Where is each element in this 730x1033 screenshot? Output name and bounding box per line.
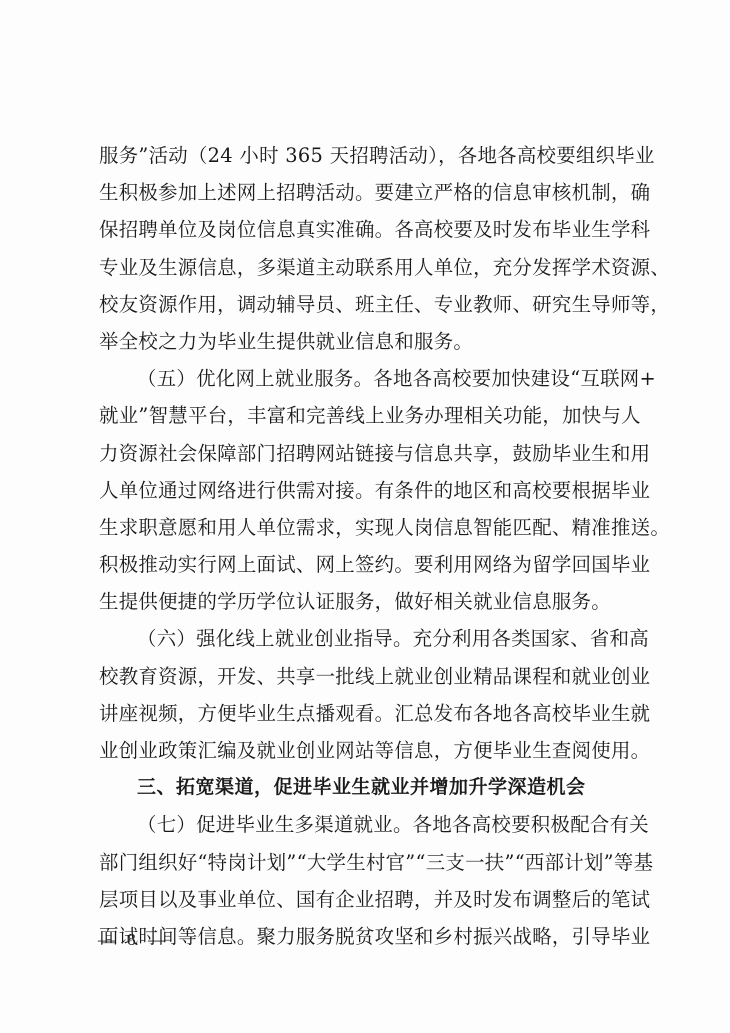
document-body: 服务”活动（24 小时 365 天招聘活动），各地各高校要组织毕业 生积极参加上… (99, 137, 637, 955)
text-line: 举全校之力为毕业生提供就业信息和服务。 (99, 323, 637, 360)
page-number: — 8 — (98, 930, 169, 950)
section-heading-3: 三、拓宽渠道，促进毕业生就业并增加升学深造机会 (99, 769, 637, 806)
text-line: 生提供便捷的学历学位认证服务，做好相关就业信息服务。 (99, 583, 637, 620)
text-line: 生求职意愿和用人单位需求，实现人岗信息智能匹配、精准推送。 (99, 509, 637, 546)
text-line: 校友资源作用，调动辅导员、班主任、专业教师、研究生导师等， (99, 286, 637, 323)
text-line: 业创业政策汇编及就业创业网站等信息，方便毕业生查阅使用。 (99, 732, 637, 769)
text-line: 层项目以及事业单位、国有企业招聘，并及时发布调整后的笔试 (99, 881, 637, 918)
text-line: 力资源社会保障部门招聘网站链接与信息共享，鼓励毕业生和用 (99, 435, 637, 472)
text-line: 部门组织好“特岗计划”“大学生村官”“三支一扶”“西部计划”等基 (99, 844, 637, 881)
text-line: 人单位通过网络进行供需对接。有条件的地区和高校要根据毕业 (99, 472, 637, 509)
section-7-first-line: （七）促进毕业生多渠道就业。各地各高校要积极配合有关 (99, 806, 637, 843)
section-5-first-line: （五）优化网上就业服务。各地各高校要加快建设“互联网+ (99, 360, 637, 397)
text-line: 服务”活动（24 小时 365 天招聘活动），各地各高校要组织毕业 (99, 137, 637, 174)
text-line: 生积极参加上述网上招聘活动。要建立严格的信息审核机制，确 (99, 174, 637, 211)
text-line: 积极推动实行网上面试、网上签约。要利用网络为留学回国毕业 (99, 546, 637, 583)
text-line: 校教育资源，开发、共享一批线上就业创业精品课程和就业创业 (99, 658, 637, 695)
text-line: 就业”智慧平台，丰富和完善线上业务办理相关功能，加快与人 (99, 397, 637, 434)
document-page: 服务”活动（24 小时 365 天招聘活动），各地各高校要组织毕业 生积极参加上… (0, 0, 730, 1033)
text-line: 专业及生源信息，多渠道主动联系用人单位，充分发挥学术资源、 (99, 249, 637, 286)
text-line: 面试时间等信息。聚力服务脱贫攻坚和乡村振兴战略，引导毕业 (99, 918, 637, 955)
text-line: 保招聘单位及岗位信息真实准确。各高校要及时发布毕业生学科 (99, 211, 637, 248)
text-line: 讲座视频，方便毕业生点播观看。汇总发布各地各高校毕业生就 (99, 695, 637, 732)
section-6-first-line: （六）强化线上就业创业指导。充分利用各类国家、省和高 (99, 620, 637, 657)
